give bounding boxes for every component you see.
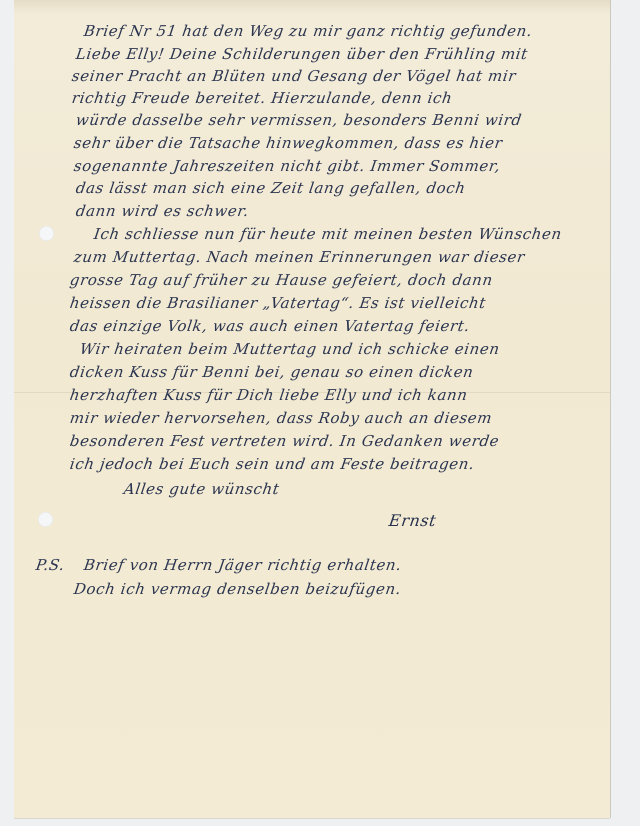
letter-line: dann wird es schwer. (75, 202, 250, 220)
letter-line: Liebe Elly! Deine Schilderungen über den… (75, 45, 529, 63)
letter-line: das einzige Volk, was auch einen Vaterta… (69, 317, 471, 335)
letter-line: herzhaften Kuss für Dich liebe Elly und … (69, 386, 469, 404)
letter-page: Brief Nr 51 hat den Weg zu mir ganz rich… (14, 0, 610, 818)
postscript-line: Brief von Herrn Jäger richtig erhalten. (83, 556, 403, 574)
letter-line: Wir heiraten beim Muttertag und ich schi… (79, 340, 501, 358)
letter-line: dicken Kuss für Benni bei, genau so eine… (69, 363, 475, 381)
punch-hole-top (39, 226, 54, 241)
letter-line: richtig Freude bereitet. Hierzulande, de… (71, 89, 454, 107)
letter-line: würde dasselbe sehr vermissen, besonders… (75, 111, 523, 129)
closing-line: Alles gute wünscht (123, 480, 281, 498)
letter-line: seiner Pracht an Blüten und Gesang der V… (71, 67, 518, 85)
letter-line: besonderen Fest vertreten wird. In Gedan… (69, 432, 501, 450)
letter-line: heissen die Brasilianer „Vatertag“. Es i… (69, 294, 487, 312)
letter-line: mir wieder hervorsehen, dass Roby auch a… (69, 409, 494, 427)
letter-line: Ich schliesse nun für heute mit meinen b… (93, 225, 563, 243)
postscript-label: P.S. (35, 556, 66, 574)
punch-hole-bottom (38, 512, 53, 527)
letter-line: sogenannte Jahreszeiten nicht gibt. Imme… (73, 157, 502, 175)
letter-line: Brief Nr 51 hat den Weg zu mir ganz rich… (83, 22, 534, 40)
postscript-line: Doch ich vermag denselben beizufügen. (73, 580, 403, 598)
letter-line: zum Muttertag. Nach meinen Erinnerungen … (73, 248, 526, 266)
signature: Ernst (388, 512, 438, 530)
letter-line: sehr über die Tatsache hinwegkommen, das… (73, 134, 504, 152)
letter-line: grosse Tag auf früher zu Hause gefeiert,… (69, 271, 494, 289)
letter-line: das lässt man sich eine Zeit lang gefall… (75, 179, 467, 197)
letter-line: ich jedoch bei Euch sein und am Feste be… (69, 455, 476, 473)
